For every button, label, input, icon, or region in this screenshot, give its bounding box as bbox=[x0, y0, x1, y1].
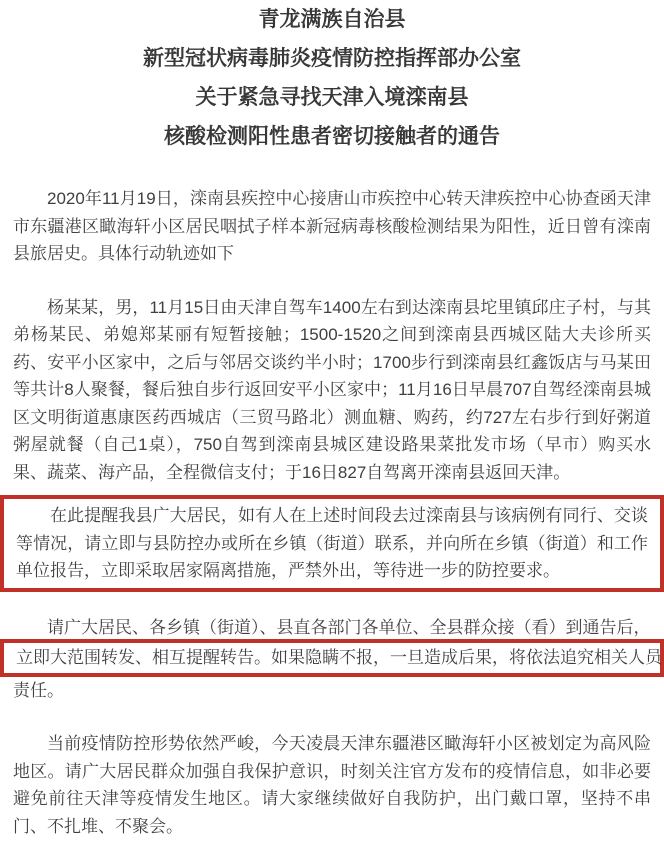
highlight-box-forward: 立即大范围转发、相互提醒转告。如果隐瞒不报，一旦造成后果，将依法追究相关人员 bbox=[0, 639, 664, 677]
paragraph-closing: 当前疫情防控形势依然严峻，今天凌晨天津东疆港区瞰海轩小区被划定为高风险地区。请广… bbox=[13, 730, 651, 840]
title-office: 新型冠状病毒肺炎疫情防控指挥部办公室 bbox=[13, 45, 651, 73]
paragraph-forward-highlighted-line: 立即大范围转发、相互提醒转告。如果隐瞒不报，一旦造成后果，将依法追究相关人员 bbox=[16, 644, 648, 672]
title-county: 青龙满族自治县 bbox=[13, 6, 651, 34]
title-subject-line2: 核酸检测阳性患者密切接触者的通告 bbox=[13, 123, 651, 151]
highlight-box-reminder: 在此提醒我县广大居民，如有人在上述时间段去过滦南县与该病例有同行、交谈等情况，请… bbox=[0, 495, 664, 592]
paragraph-intro: 2020年11月19日，滦南县疾控中心接唐山市疾控中心转天津疾控中心协查函天津市… bbox=[13, 185, 651, 268]
paragraph-forward-line3: 责任。 bbox=[13, 677, 651, 705]
title-subject-line1: 关于紧急寻找天津入境滦南县 bbox=[13, 84, 651, 112]
document-title-block: 青龙满族自治县 新型冠状病毒肺炎疫情防控指挥部办公室 关于紧急寻找天津入境滦南县… bbox=[13, 0, 651, 151]
paragraph-reminder: 在此提醒我县广大居民，如有人在上述时间段去过滦南县与该病例有同行、交谈等情况，请… bbox=[16, 502, 648, 585]
paragraph-forward-line1: 请广大居民、各乡镇（街道）、县直各部门各单位、全县群众接（看）到通告后， bbox=[13, 614, 651, 642]
paragraph-trajectory: 杨某某，男，11月15日由天津自驾车1400左右到达滦南县坨里镇邱庄子村，与其弟… bbox=[13, 294, 651, 487]
notice-document: 青龙满族自治县 新型冠状病毒肺炎疫情防控指挥部办公室 关于紧急寻找天津入境滦南县… bbox=[0, 0, 664, 845]
